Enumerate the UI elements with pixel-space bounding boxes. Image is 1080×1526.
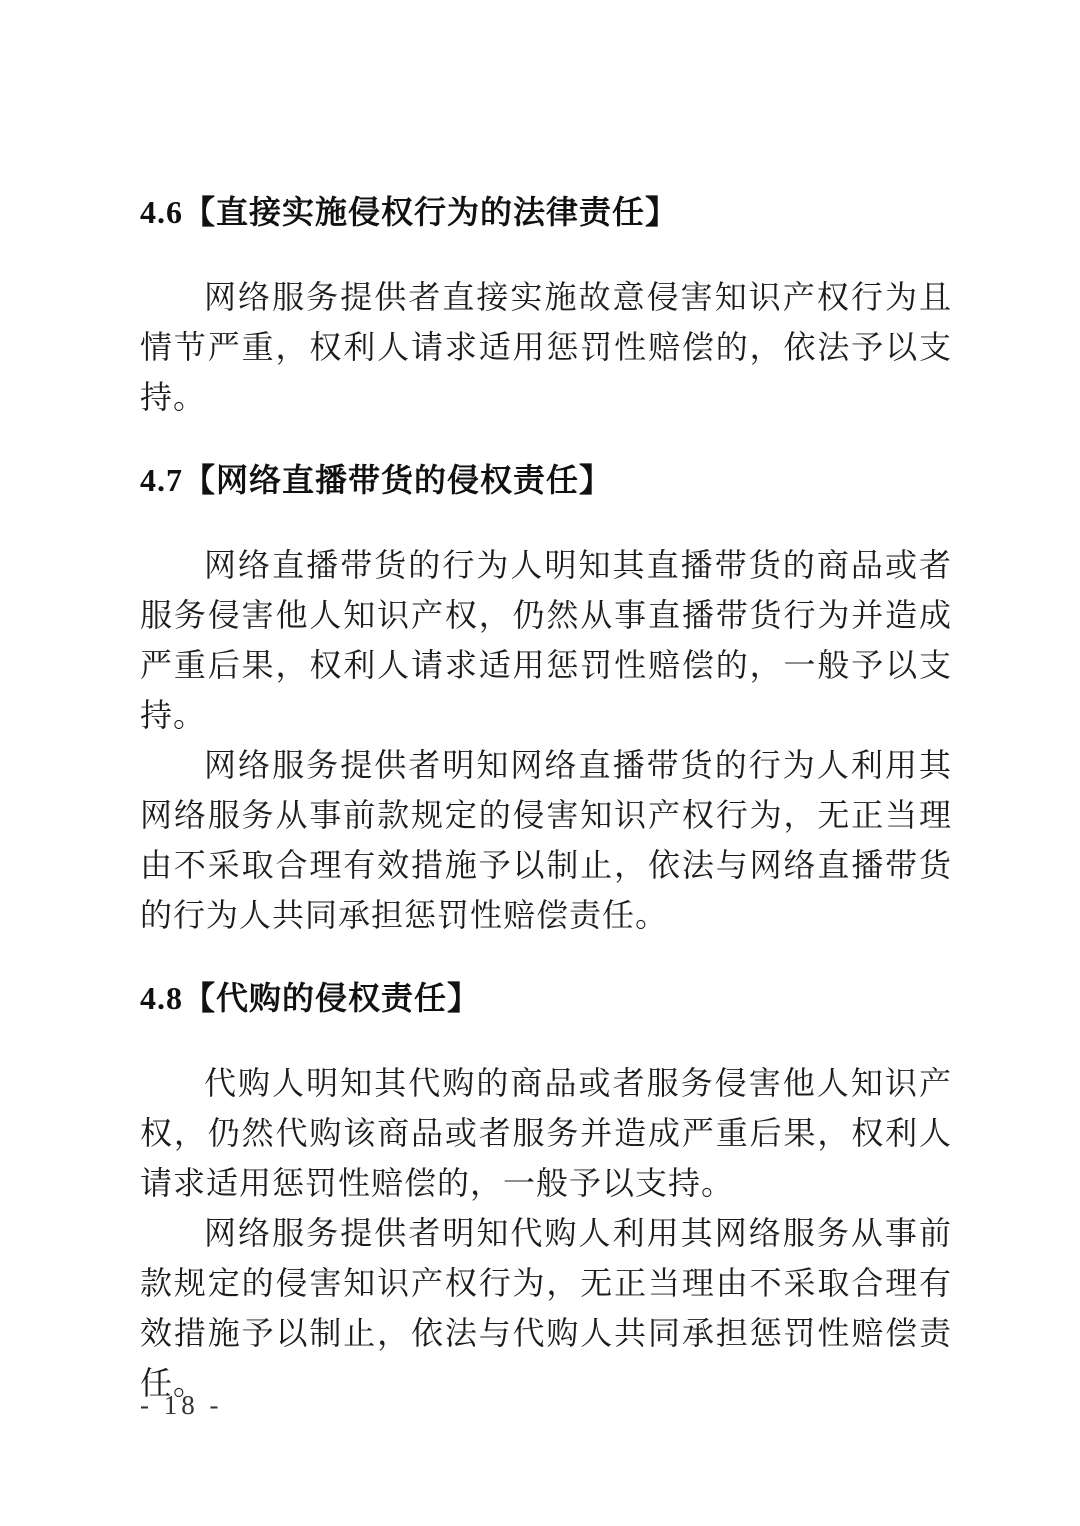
paragraph: 网络服务提供者明知代购人利用其网络服务从事前款规定的侵害知识产权行为，无正当理由… — [140, 1208, 952, 1408]
section-4-6-body: 网络服务提供者直接实施故意侵害知识产权行为且情节严重，权利人请求适用惩罚性赔偿的… — [140, 272, 952, 422]
section-heading-4-7: 4.7【网络直播带货的侵权责任】 — [140, 460, 952, 500]
section-4-8-body: 代购人明知其代购的商品或者服务侵害他人知识产权，仍然代购该商品或者服务并造成严重… — [140, 1058, 952, 1408]
section-4-8: 4.8【代购的侵权责任】 代购人明知其代购的商品或者服务侵害他人知识产权，仍然代… — [140, 978, 952, 1408]
document-page: 4.6【直接实施侵权行为的法律责任】 网络服务提供者直接实施故意侵害知识产权行为… — [0, 0, 1080, 1526]
paragraph: 代购人明知其代购的商品或者服务侵害他人知识产权，仍然代购该商品或者服务并造成严重… — [140, 1058, 952, 1208]
section-heading-4-6: 4.6【直接实施侵权行为的法律责任】 — [140, 192, 952, 232]
page-number: - 18 - — [140, 1390, 222, 1421]
paragraph: 网络直播带货的行为人明知其直播带货的商品或者服务侵害他人知识产权，仍然从事直播带… — [140, 540, 952, 740]
paragraph: 网络服务提供者直接实施故意侵害知识产权行为且情节严重，权利人请求适用惩罚性赔偿的… — [140, 272, 952, 422]
paragraph: 网络服务提供者明知网络直播带货的行为人利用其网络服务从事前款规定的侵害知识产权行… — [140, 740, 952, 940]
section-heading-4-8: 4.8【代购的侵权责任】 — [140, 978, 952, 1018]
section-4-7: 4.7【网络直播带货的侵权责任】 网络直播带货的行为人明知其直播带货的商品或者服… — [140, 460, 952, 940]
section-4-6: 4.6【直接实施侵权行为的法律责任】 网络服务提供者直接实施故意侵害知识产权行为… — [140, 192, 952, 422]
section-4-7-body: 网络直播带货的行为人明知其直播带货的商品或者服务侵害他人知识产权，仍然从事直播带… — [140, 540, 952, 940]
